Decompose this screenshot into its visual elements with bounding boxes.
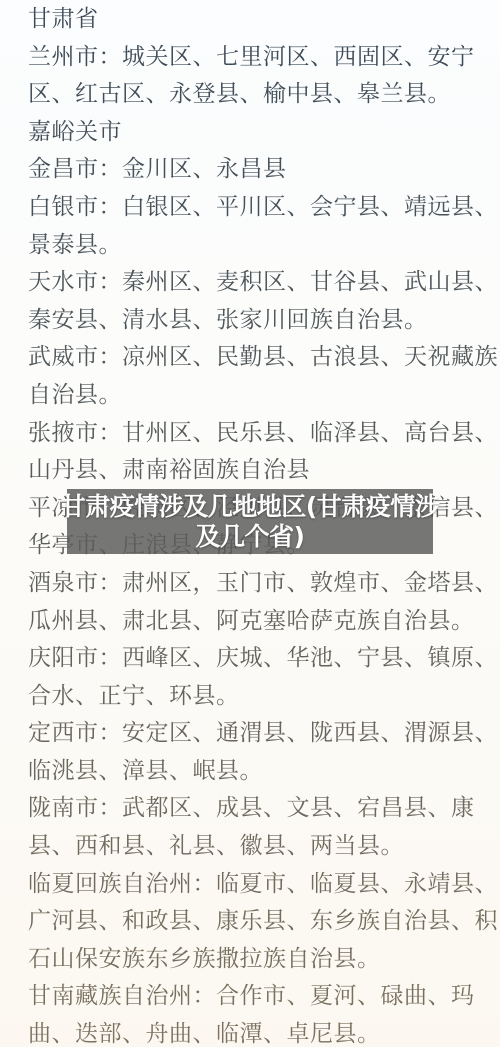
text-line: 景泰县。 (28, 227, 500, 265)
text-line: 石山保安族东乡族撒拉族自治县。 (28, 941, 500, 979)
text-line: 甘南藏族自治州：合作市、夏河、碌曲、玛 (28, 978, 500, 1016)
title-banner: 甘肃疫情涉及几地地区(甘肃疫情涉 及几个省) (67, 489, 433, 554)
text-line: 兰州市：城关区、七里河区、西固区、安宁 (28, 39, 500, 77)
text-line: 天水市：秦州区、麦积区、甘谷县、武山县、 (28, 264, 500, 302)
banner-title-line-2: 及几个省) (196, 522, 305, 552)
text-line: 山丹县、肃南裕固族自治县 (28, 452, 500, 490)
text-line: 定西市：安定区、通渭县、陇西县、渭源县、 (28, 715, 500, 753)
text-line: 广河县、和政县、康乐县、东乡族自治县、积 (28, 903, 500, 941)
text-line: 秦安县、清水县、张家川回族自治县。 (28, 302, 500, 340)
text-line: 临夏回族自治州：临夏市、临夏县、永靖县、 (28, 866, 500, 904)
text-line: 张掖市：甘州区、民乐县、临泽县、高台县、 (28, 415, 500, 453)
text-line: 临洮县、漳县、岷县。 (28, 753, 500, 791)
text-line: 县、西和县、礼县、徽县、两当县。 (28, 828, 500, 866)
text-line: 自治县。 (28, 377, 500, 415)
text-line: 酒泉市：肃州区，玉门市、敦煌市、金塔县、 (28, 565, 500, 603)
text-line: 白银市：白银区、平川区、会宁县、靖远县、 (28, 189, 500, 227)
text-line: 庆阳市：西峰区、庆城、华池、宁县、镇原、 (28, 640, 500, 678)
article-screenshot: { "page": { "background_top_color": "#fb… (0, 0, 500, 1047)
text-line: 陇南市：武都区、成县、文县、宕昌县、康 (28, 790, 500, 828)
text-line: 金昌市：金川区、永昌县 (28, 151, 500, 189)
banner-title-line-1: 甘肃疫情涉及几地地区(甘肃疫情涉 (61, 492, 439, 522)
text-line: 区、红古区、永登县、榆中县、皋兰县。 (28, 76, 500, 114)
text-line: 合水、正宁、环县。 (28, 678, 500, 716)
text-line: 瓜州县、肃北县、阿克塞哈萨克族自治县。 (28, 603, 500, 641)
text-line: 甘肃省 (28, 1, 500, 39)
text-line: 武威市：凉州区、民勤县、古浪县、天祝藏族 (28, 339, 500, 377)
text-line: 曲、迭部、舟曲、临潭、卓尼县。 (28, 1016, 500, 1047)
text-line: 嘉峪关市 (28, 114, 500, 152)
